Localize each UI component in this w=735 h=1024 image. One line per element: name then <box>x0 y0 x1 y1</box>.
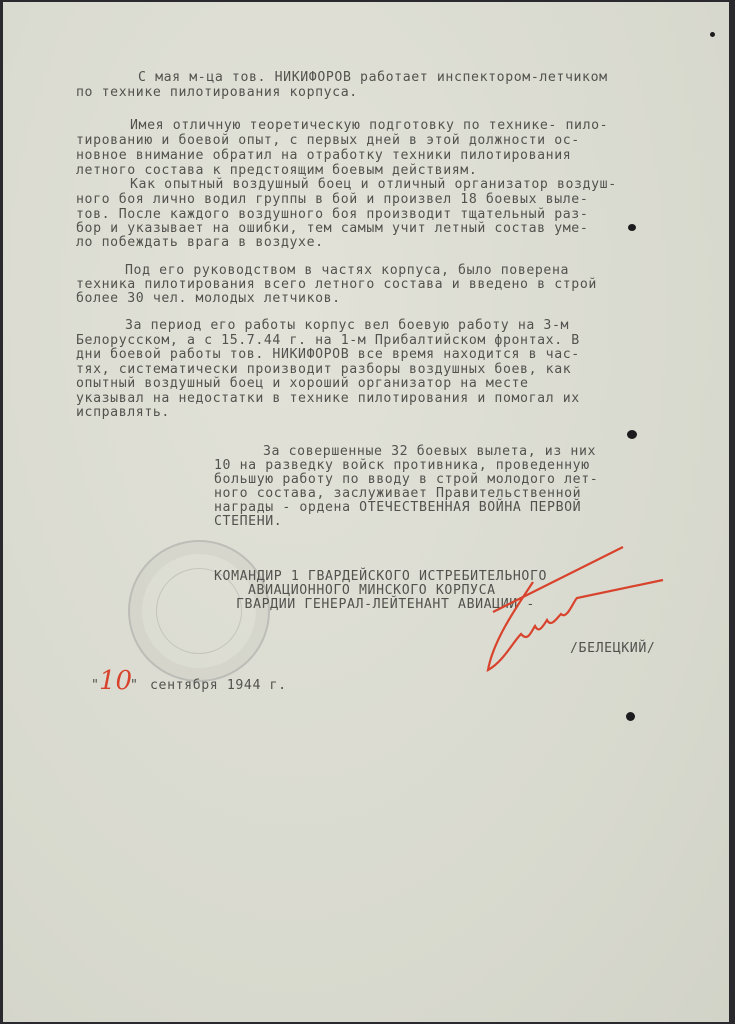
p1-line-1: по технике пилотирования корпуса. <box>76 86 358 101</box>
p2-line-2: новное внимание обратил на отработку тех… <box>76 149 571 164</box>
handwritten-signature <box>473 542 673 682</box>
date-close-quote: " <box>130 679 139 694</box>
punch-hole-mark <box>627 430 637 439</box>
p4-line-2: более 30 чел. молодых летчиков. <box>76 292 341 307</box>
p3-line-0: Как опытный воздушный боец и отличный ор… <box>130 178 617 193</box>
punch-hole-mark <box>628 224 636 231</box>
document-page: С мая м-ца тов. НИКИФОРОВ работает инспе… <box>3 2 729 1022</box>
date-day-handwritten: 10 <box>99 666 132 696</box>
date-month-year: сентября 1944 г. <box>150 679 287 694</box>
p5-line-6: исправлять. <box>76 406 170 421</box>
p5-line-2: дни боевой работы тов. НИКИФОРОВ все вре… <box>76 348 580 363</box>
punch-hole-mark <box>710 32 715 37</box>
p1-line-0: С мая м-ца тов. НИКИФОРОВ работает инспе… <box>138 71 608 86</box>
p5-line-0: За период его работы корпус вел боевую р… <box>125 319 569 334</box>
p2-line-1: тированию и боевой опыт, с первых дней в… <box>76 134 580 149</box>
p3-line-1: ного боя лично водил группы в бой и прои… <box>76 193 588 208</box>
p6-line-5: СТЕПЕНИ. <box>214 515 282 530</box>
punch-hole-mark <box>626 712 635 721</box>
p2-line-0: Имея отличную теоретическую подготовку п… <box>130 119 608 134</box>
p5-line-4: опытный воздушный боец и хороший организ… <box>76 377 529 392</box>
p3-line-4: ло побеждать врага в воздухе. <box>76 236 324 251</box>
